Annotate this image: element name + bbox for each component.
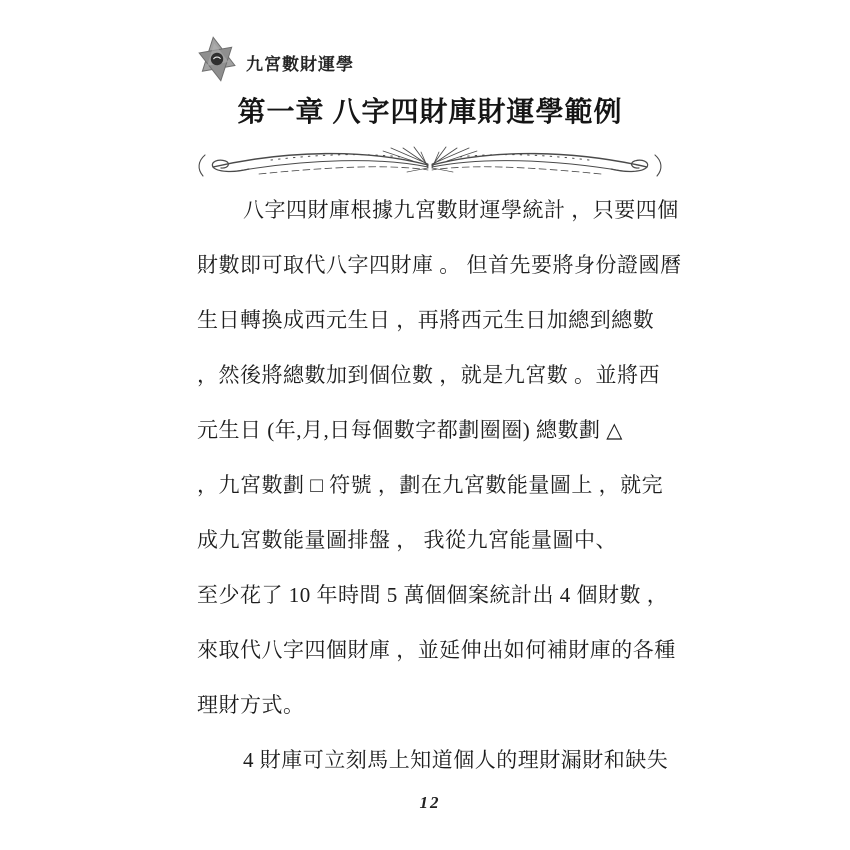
body-text: 八字四財庫根據九宮數財運學統計 ，只要四個 財數即可取代八字四財庫 。 但首先要… [197,183,675,788]
book-page: 九宮數財運學 第一章 八字四財庫財運學範例 八字四財庫根據九宮 [0,0,850,850]
body-line: 財數即可取代八字四財庫 。 但首先要將身份證國曆 [197,238,675,293]
body-line: 4 財庫可立刻馬上知道個人的理財漏財和缺失 [197,733,675,788]
body-line: 來取代八字四個財庫 ，並延伸出如何補財庫的各種 [197,623,675,678]
body-line: 八字四財庫根據九宮數財運學統計 ，只要四個 [197,183,675,238]
body-line: ，九宮數劃 □ 符號 ，劃在九宮數能量圖上 ，就完 [197,458,675,513]
body-line: 元生日 (年,月,日每個數字都劃圈圈) 總數劃 △ [197,403,675,458]
page-number: 12 [197,793,663,813]
chapter-title: 第一章 八字四財庫財運學範例 [197,90,663,130]
body-line: 理財方式。 [197,678,675,733]
body-line: 至少花了 10 年時間 5 萬個個案統計出 4 個財數 ， [197,568,675,623]
body-line: ，然後將總數加到個位數 ，就是九宮數 。並將西 [197,348,675,403]
six-pointed-star-icon [197,35,237,82]
ornamental-flourish-divider [197,146,663,184]
body-line: 生日轉換成西元生日 ，再將西元生日加總到總數 [197,293,675,348]
body-line: 成九宮數能量圖排盤 ， 我從九宮能量圖中、 [197,513,675,568]
book-brand-title: 九宮數財運學 [246,50,354,75]
